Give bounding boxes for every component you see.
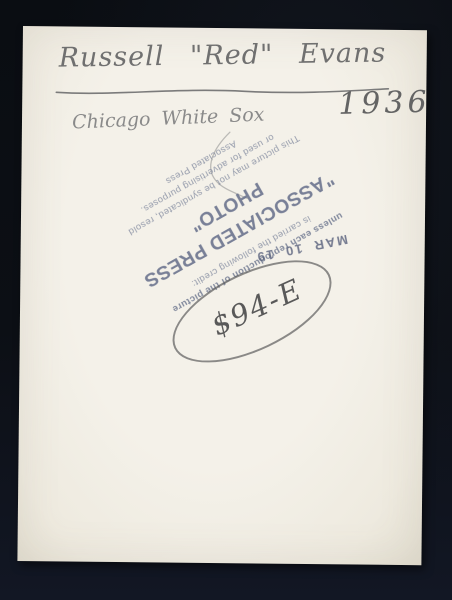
photo-verso-paper: Russell "Red" Evans 1936 Chicago White S… bbox=[17, 26, 427, 565]
handwritten-player-name: Russell "Red" Evans bbox=[58, 38, 386, 74]
handwritten-catalog-code: $94-E bbox=[206, 272, 308, 343]
photo-mount-background: Russell "Red" Evans 1936 Chicago White S… bbox=[0, 0, 452, 600]
handwritten-year: 1936 bbox=[338, 85, 431, 122]
handwritten-team: Chicago White Sox bbox=[72, 104, 265, 134]
